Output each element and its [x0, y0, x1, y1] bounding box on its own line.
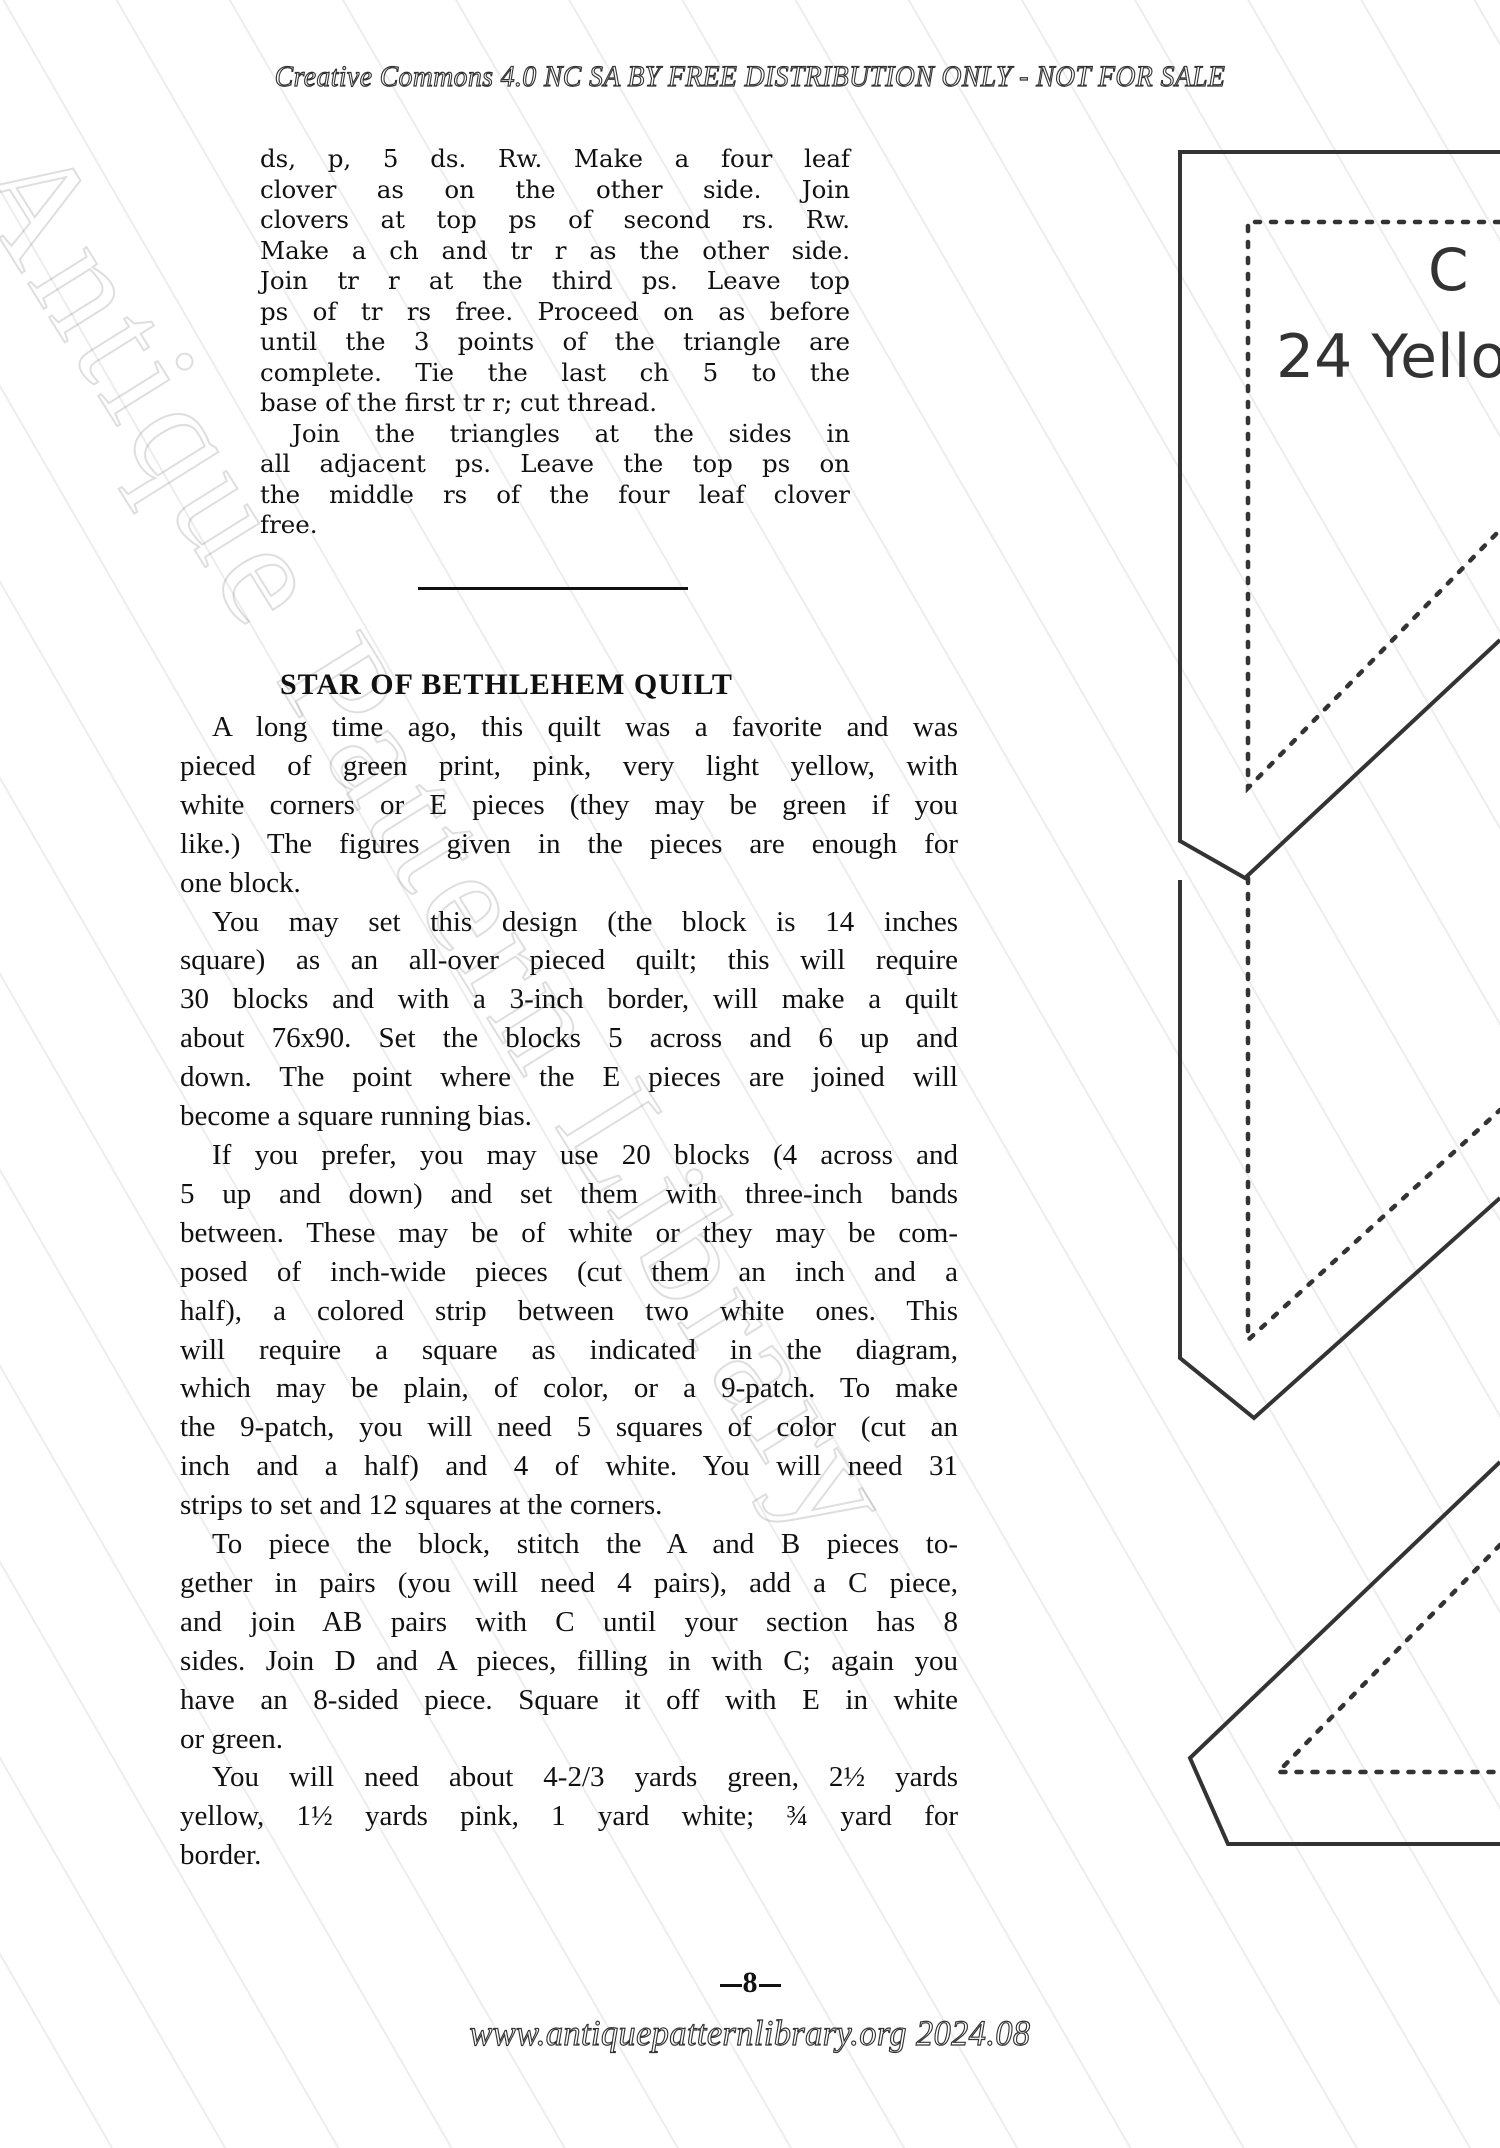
text-line: down. The point where the E pieces are j… — [180, 1058, 958, 1097]
paragraph: You will need about 4-2/3 yards green, 2… — [180, 1758, 958, 1875]
text-line: inch and a half) and 4 of white. You wil… — [180, 1447, 958, 1486]
text-line: about 76x90. Set the blocks 5 across and… — [180, 1019, 958, 1058]
text-line: You will need about 4-2/3 yards green, 2… — [180, 1758, 958, 1797]
text-line: border. — [180, 1836, 958, 1875]
article-body: A long time ago, this quilt was a favori… — [180, 708, 958, 1875]
text-line: sides. Join D and A pieces, filling in w… — [180, 1642, 958, 1681]
text-line: A long time ago, this quilt was a favori… — [180, 708, 958, 747]
text-line: 5 up and down) and set them with three-i… — [180, 1175, 958, 1214]
text-line: yellow, 1½ yards pink, 1 yard white; ¾ y… — [180, 1797, 958, 1836]
text-line: between. These may be of white or they m… — [180, 1214, 958, 1253]
continued-instructions: ds, p, 5 ds. Rw. Make a four leafclover … — [260, 144, 850, 541]
text-line: half), a colored strip between two white… — [180, 1292, 958, 1331]
text-line: You may set this design (the block is 14… — [180, 903, 958, 942]
text-line: clovers at top ps of second rs. Rw. — [260, 205, 850, 236]
text-line: pieced of green print, pink, very light … — [180, 747, 958, 786]
text-line: white corners or E pieces (they may be g… — [180, 786, 958, 825]
text-line: Join the triangles at the sides in — [260, 419, 850, 450]
text-line: or green. — [180, 1720, 958, 1759]
pattern-piece-letter: C — [1428, 236, 1469, 304]
text-line: clover as on the other side. Join — [260, 175, 850, 206]
text-line: like.) The figures given in the pieces a… — [180, 825, 958, 864]
text-line: ps of tr rs free. Proceed on as before — [260, 297, 850, 328]
text-line: which may be plain, of color, or a 9-pat… — [180, 1369, 958, 1408]
text-line: square) as an all-over pieced quilt; thi… — [180, 941, 958, 980]
text-line: all adjacent ps. Leave the top ps on — [260, 449, 850, 480]
site-banner: www.antiquepatternlibrary.org 2024.08 — [38, 2012, 1463, 2054]
text-line: To piece the block, stitch the A and B p… — [180, 1525, 958, 1564]
text-line: one block. — [180, 864, 958, 903]
text-line: If you prefer, you may use 20 blocks (4 … — [180, 1136, 958, 1175]
text-line: 30 blocks and with a 3-inch border, will… — [180, 980, 958, 1019]
section-divider — [418, 587, 688, 590]
license-banner: Creative Commons 4.0 NC SA BY FREE DISTR… — [60, 60, 1440, 94]
text-line: the 9-patch, you will need 5 squares of … — [180, 1408, 958, 1447]
text-line: and join AB pairs with C until your sect… — [180, 1603, 958, 1642]
paragraph: To piece the block, stitch the A and B p… — [180, 1525, 958, 1758]
text-line: Join tr r at the third ps. Leave top — [260, 266, 850, 297]
text-line: become a square running bias. — [180, 1097, 958, 1136]
pattern-piece-count: 24 Yello — [1276, 322, 1500, 392]
text-line: ds, p, 5 ds. Rw. Make a four leaf — [260, 144, 850, 175]
text-line: base of the first tr r; cut thread. — [260, 388, 850, 419]
text-line: have an 8-sided piece. Square it off wit… — [180, 1681, 958, 1720]
text-line: strips to set and 12 squares at the corn… — [180, 1486, 958, 1525]
paragraph: You may set this design (the block is 14… — [180, 903, 958, 1136]
text-line: until the 3 points of the triangle are — [260, 327, 850, 358]
paragraph: If you prefer, you may use 20 blocks (4 … — [180, 1136, 958, 1525]
text-line: posed of inch-wide pieces (cut them an i… — [180, 1253, 958, 1292]
text-line: free. — [260, 510, 850, 541]
text-line: Make a ch and tr r as the other side. — [260, 236, 850, 267]
paragraph: A long time ago, this quilt was a favori… — [180, 708, 958, 903]
text-line: complete. Tie the last ch 5 to the — [260, 358, 850, 389]
article-title: STAR OF BETHLEHEM QUILT — [280, 668, 733, 702]
text-line: will require a square as indicated in th… — [180, 1331, 958, 1370]
text-line: the middle rs of the four leaf clover — [260, 480, 850, 511]
text-line: gether in pairs (you will need 4 pairs),… — [180, 1564, 958, 1603]
page-number: 8 — [700, 1966, 800, 2000]
